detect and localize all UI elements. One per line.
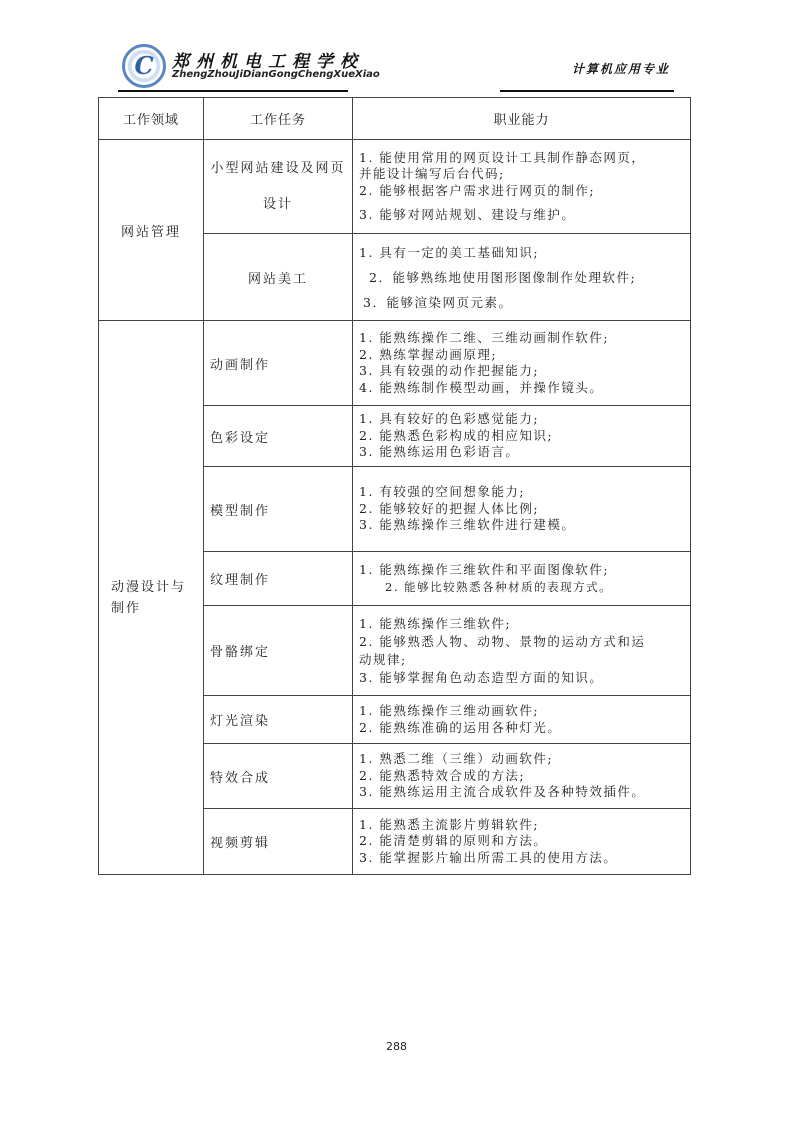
ability-line: 3. 能够掌握角色动态造型方面的知识。 <box>359 669 684 687</box>
column-header-domain: 工作领域 <box>99 98 204 140</box>
column-header-task: 工作任务 <box>204 98 353 140</box>
table-row: 动漫设计与制作 动画制作 1. 能熟练操作二维、三维动画制作软件; 2. 熟练掌… <box>99 321 691 406</box>
ability-line: 2．能够熟练地使用图形图像制作处理软件; <box>359 265 684 290</box>
ability-line: 3．能够渲染网页元素。 <box>359 290 684 315</box>
ability-line: 3. 能熟练运用主流合成软件及各种特效插件。 <box>359 784 684 801</box>
task-cell: 特效合成 <box>204 744 353 809</box>
ability-cell: 1. 具有较好的色彩感觉能力; 2. 能熟悉色彩构成的相应知识; 3. 能熟练运… <box>353 406 691 467</box>
ability-cell: 1. 能熟练操作三维软件; 2. 能够熟悉人物、动物、景物的运动方式和运 动规律… <box>353 606 691 696</box>
ability-cell: 1. 熟悉二维（三维）动画软件; 2. 能熟悉特效合成的方法; 3. 能熟练运用… <box>353 744 691 809</box>
header-rule <box>500 90 674 92</box>
task-cell: 骨骼绑定 <box>204 606 353 696</box>
ability-line: 1. 具有一定的美工基础知识; <box>359 240 684 265</box>
task-cell: 纹理制作 <box>204 552 353 606</box>
ability-line: 2. 能够比较熟悉各种材质的表现方式。 <box>359 579 684 596</box>
ability-line: 2. 能够较好的把握人体比例; <box>359 501 684 518</box>
ability-cell: 1. 具有一定的美工基础知识; 2．能够熟练地使用图形图像制作处理软件; 3．能… <box>353 234 691 321</box>
ability-cell: 1. 能使用常用的网页设计工具制作静态网页， 并能设计编写后台代码; 2. 能够… <box>353 140 691 234</box>
logo-glyph: C <box>125 51 163 81</box>
ability-line: 1. 有较强的空间想象能力; <box>359 484 684 501</box>
ability-line: 2. 能够熟悉人物、动物、景物的运动方式和运 <box>359 633 684 651</box>
ability-line: 1. 能熟练操作三维软件; <box>359 615 684 633</box>
domain-cell: 动漫设计与制作 <box>99 321 204 875</box>
task-cell: 色彩设定 <box>204 406 353 467</box>
ability-line: 2. 能熟悉特效合成的方法; <box>359 768 684 785</box>
task-cell: 网站美工 <box>204 234 353 321</box>
ability-line: 4. 能熟练制作模型动画，并操作镜头。 <box>359 380 684 397</box>
ability-line: 3. 能掌握影片输出所需工具的使用方法。 <box>359 850 684 867</box>
task-cell: 动画制作 <box>204 321 353 406</box>
ability-line: 1. 能熟悉主流影片剪辑软件; <box>359 817 684 834</box>
page-number: 288 <box>0 1040 793 1053</box>
page-header: C 郑州机电工程学校 ZhengZhouJiDianGongChengXueXi… <box>0 0 793 96</box>
ability-line: 1. 熟悉二维（三维）动画软件; <box>359 751 684 768</box>
ability-cell: 1. 能熟练操作三维动画软件; 2. 能熟练准确的运用各种灯光。 <box>353 696 691 744</box>
task-cell: 小型网站建设及网页设计 <box>204 140 353 234</box>
ability-line: 2. 能熟练准确的运用各种灯光。 <box>359 720 684 737</box>
ability-line: 2. 能清楚剪辑的原则和方法。 <box>359 833 684 850</box>
ability-cell: 1. 有较强的空间想象能力; 2. 能够较好的把握人体比例; 3. 能熟练操作三… <box>353 467 691 552</box>
ability-line: 1. 能熟练操作三维软件和平面图像软件; <box>359 562 684 579</box>
ability-line: 1. 能使用常用的网页设计工具制作静态网页， <box>359 150 684 167</box>
ability-line: 1. 能熟练操作三维动画软件; <box>359 703 684 720</box>
ability-line: 1. 具有较好的色彩感觉能力; <box>359 411 684 428</box>
domain-cell: 网站管理 <box>99 140 204 321</box>
header-rule <box>118 90 348 92</box>
major-title: 计算机应用专业 <box>572 60 670 77</box>
ability-line: 动规律; <box>359 651 684 669</box>
ability-line: 并能设计编写后台代码; <box>359 166 684 183</box>
ability-line: 2. 熟练掌握动画原理; <box>359 347 684 364</box>
table-row: 网站管理 小型网站建设及网页设计 1. 能使用常用的网页设计工具制作静态网页， … <box>99 140 691 234</box>
table-header-row: 工作领域 工作任务 职业能力 <box>99 98 691 140</box>
ability-cell: 1. 能熟悉主流影片剪辑软件; 2. 能清楚剪辑的原则和方法。 3. 能掌握影片… <box>353 809 691 875</box>
task-cell: 灯光渲染 <box>204 696 353 744</box>
column-header-ability: 职业能力 <box>353 98 691 140</box>
ability-line: 3. 能熟练运用色彩语言。 <box>359 444 684 461</box>
ability-cell: 1. 能熟练操作三维软件和平面图像软件; 2. 能够比较熟悉各种材质的表现方式。 <box>353 552 691 606</box>
ability-line: 1. 能熟练操作二维、三维动画制作软件; <box>359 330 684 347</box>
ability-line: 2. 能熟悉色彩构成的相应知识; <box>359 428 684 445</box>
school-logo-icon: C <box>122 44 166 88</box>
ability-line: 3. 具有较强的动作把握能力; <box>359 363 684 380</box>
task-cell: 视频剪辑 <box>204 809 353 875</box>
school-name-en: ZhengZhouJiDianGongChengXueXiao <box>172 69 380 80</box>
ability-cell: 1. 能熟练操作二维、三维动画制作软件; 2. 熟练掌握动画原理; 3. 具有较… <box>353 321 691 406</box>
ability-line: 2. 能够根据客户需求进行网页的制作; <box>359 183 684 200</box>
competency-table: 工作领域 工作任务 职业能力 网站管理 小型网站建设及网页设计 1. 能使用常用… <box>98 97 691 875</box>
task-cell: 模型制作 <box>204 467 353 552</box>
ability-line: 3. 能熟练操作三维软件进行建模。 <box>359 517 684 534</box>
ability-line: 3. 能够对网站规划、建设与维护。 <box>359 207 684 224</box>
